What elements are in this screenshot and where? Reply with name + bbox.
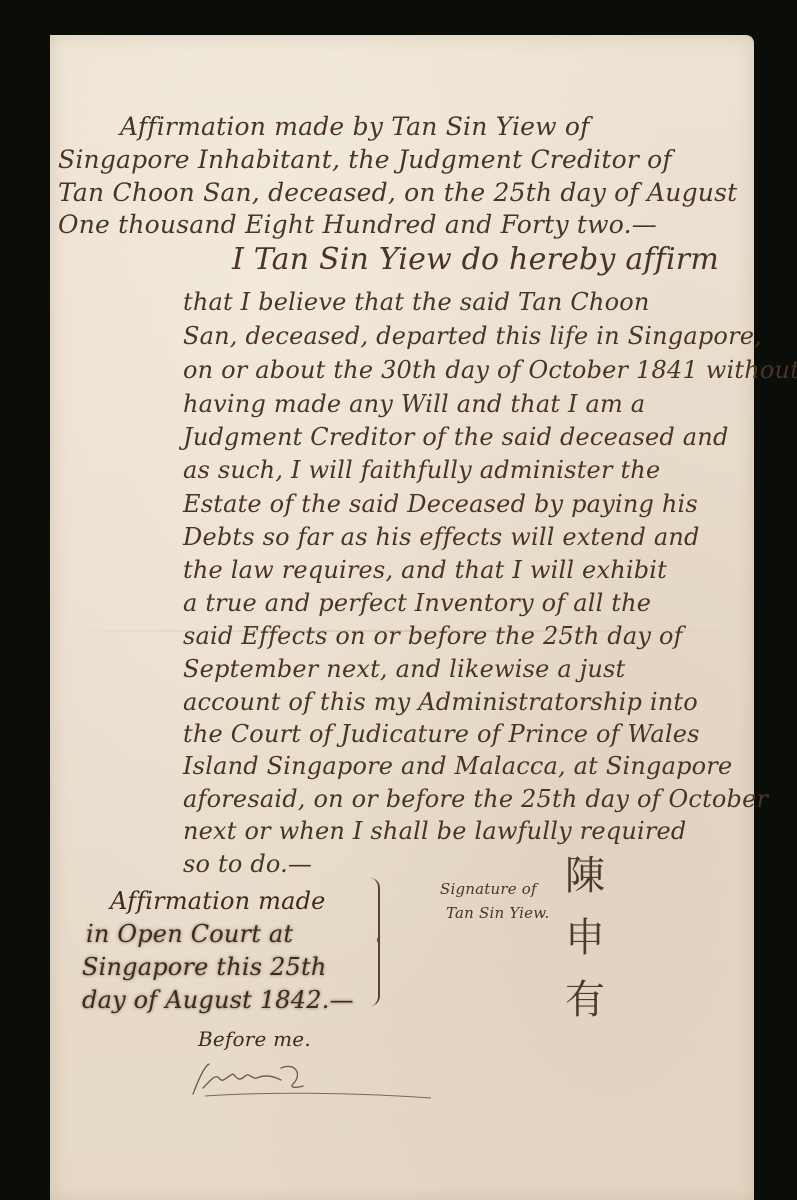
body-line-13: September next, and likewise a just xyxy=(183,655,625,683)
jurat-line-1: Affirmation made xyxy=(110,887,326,915)
body-line-8: Estate of the said Deceased by paying hi… xyxy=(183,490,698,518)
body-line-7: as such, I will faithfully administer th… xyxy=(183,456,660,484)
heading-line-2: Singapore Inhabitant, the Judgment Credi… xyxy=(58,145,672,174)
chinese-signature: 陳 申 有 xyxy=(562,845,608,1031)
heading-line-4: One thousand Eight Hundred and Forty two… xyxy=(58,210,657,239)
heading-line-3: Tan Choon San, deceased, on the 25th day… xyxy=(58,178,737,207)
signature-label-line-2: Tan Sin Yiew. xyxy=(446,904,549,922)
body-line-6: Judgment Creditor of the said deceased a… xyxy=(183,423,729,451)
body-line-2: that I believe that the said Tan Choon xyxy=(183,288,650,316)
jurat-line-4: day of August 1842.— xyxy=(82,986,354,1014)
body-line-19: so to do.— xyxy=(183,850,312,878)
chinese-char-2: 申 xyxy=(562,907,608,969)
body-line-5: having made any Will and that I am a xyxy=(183,390,645,418)
body-line-4: on or about the 30th day of October 1841… xyxy=(183,356,797,384)
heading-line-1: Affirmation made by Tan Sin Yiew of xyxy=(120,112,590,141)
chinese-char-3: 有 xyxy=(562,969,608,1031)
before-me-label: Before me. xyxy=(198,1027,311,1051)
body-line-12: said Effects on or before the 25th day o… xyxy=(183,622,683,650)
body-line-3: San, deceased, departed this life in Sin… xyxy=(183,322,762,350)
body-line-15: the Court of Judicature of Prince of Wal… xyxy=(183,720,700,748)
body-line-17: aforesaid, on or before the 25th day of … xyxy=(183,785,768,813)
jurat-line-2: in Open Court at xyxy=(86,920,293,948)
body-line-11: a true and perfect Inventory of all the xyxy=(183,589,651,617)
jurat-line-3: Singapore this 25th xyxy=(82,953,327,981)
body-line-9: Debts so far as his effects will extend … xyxy=(183,523,700,551)
body-line-14: account of this my Administratorship int… xyxy=(183,688,698,716)
body-line-1: I Tan Sin Yiew do hereby affirm xyxy=(232,242,719,277)
judge-signature xyxy=(185,1058,435,1100)
signature-label-line-1: Signature of xyxy=(440,880,537,898)
jurat-bracket xyxy=(366,878,380,1006)
body-line-10: the law requires, and that I will exhibi… xyxy=(183,556,667,584)
body-line-16: Island Singapore and Malacca, at Singapo… xyxy=(183,752,732,780)
chinese-char-1: 陳 xyxy=(562,845,608,907)
body-line-18: next or when I shall be lawfully require… xyxy=(183,817,687,845)
